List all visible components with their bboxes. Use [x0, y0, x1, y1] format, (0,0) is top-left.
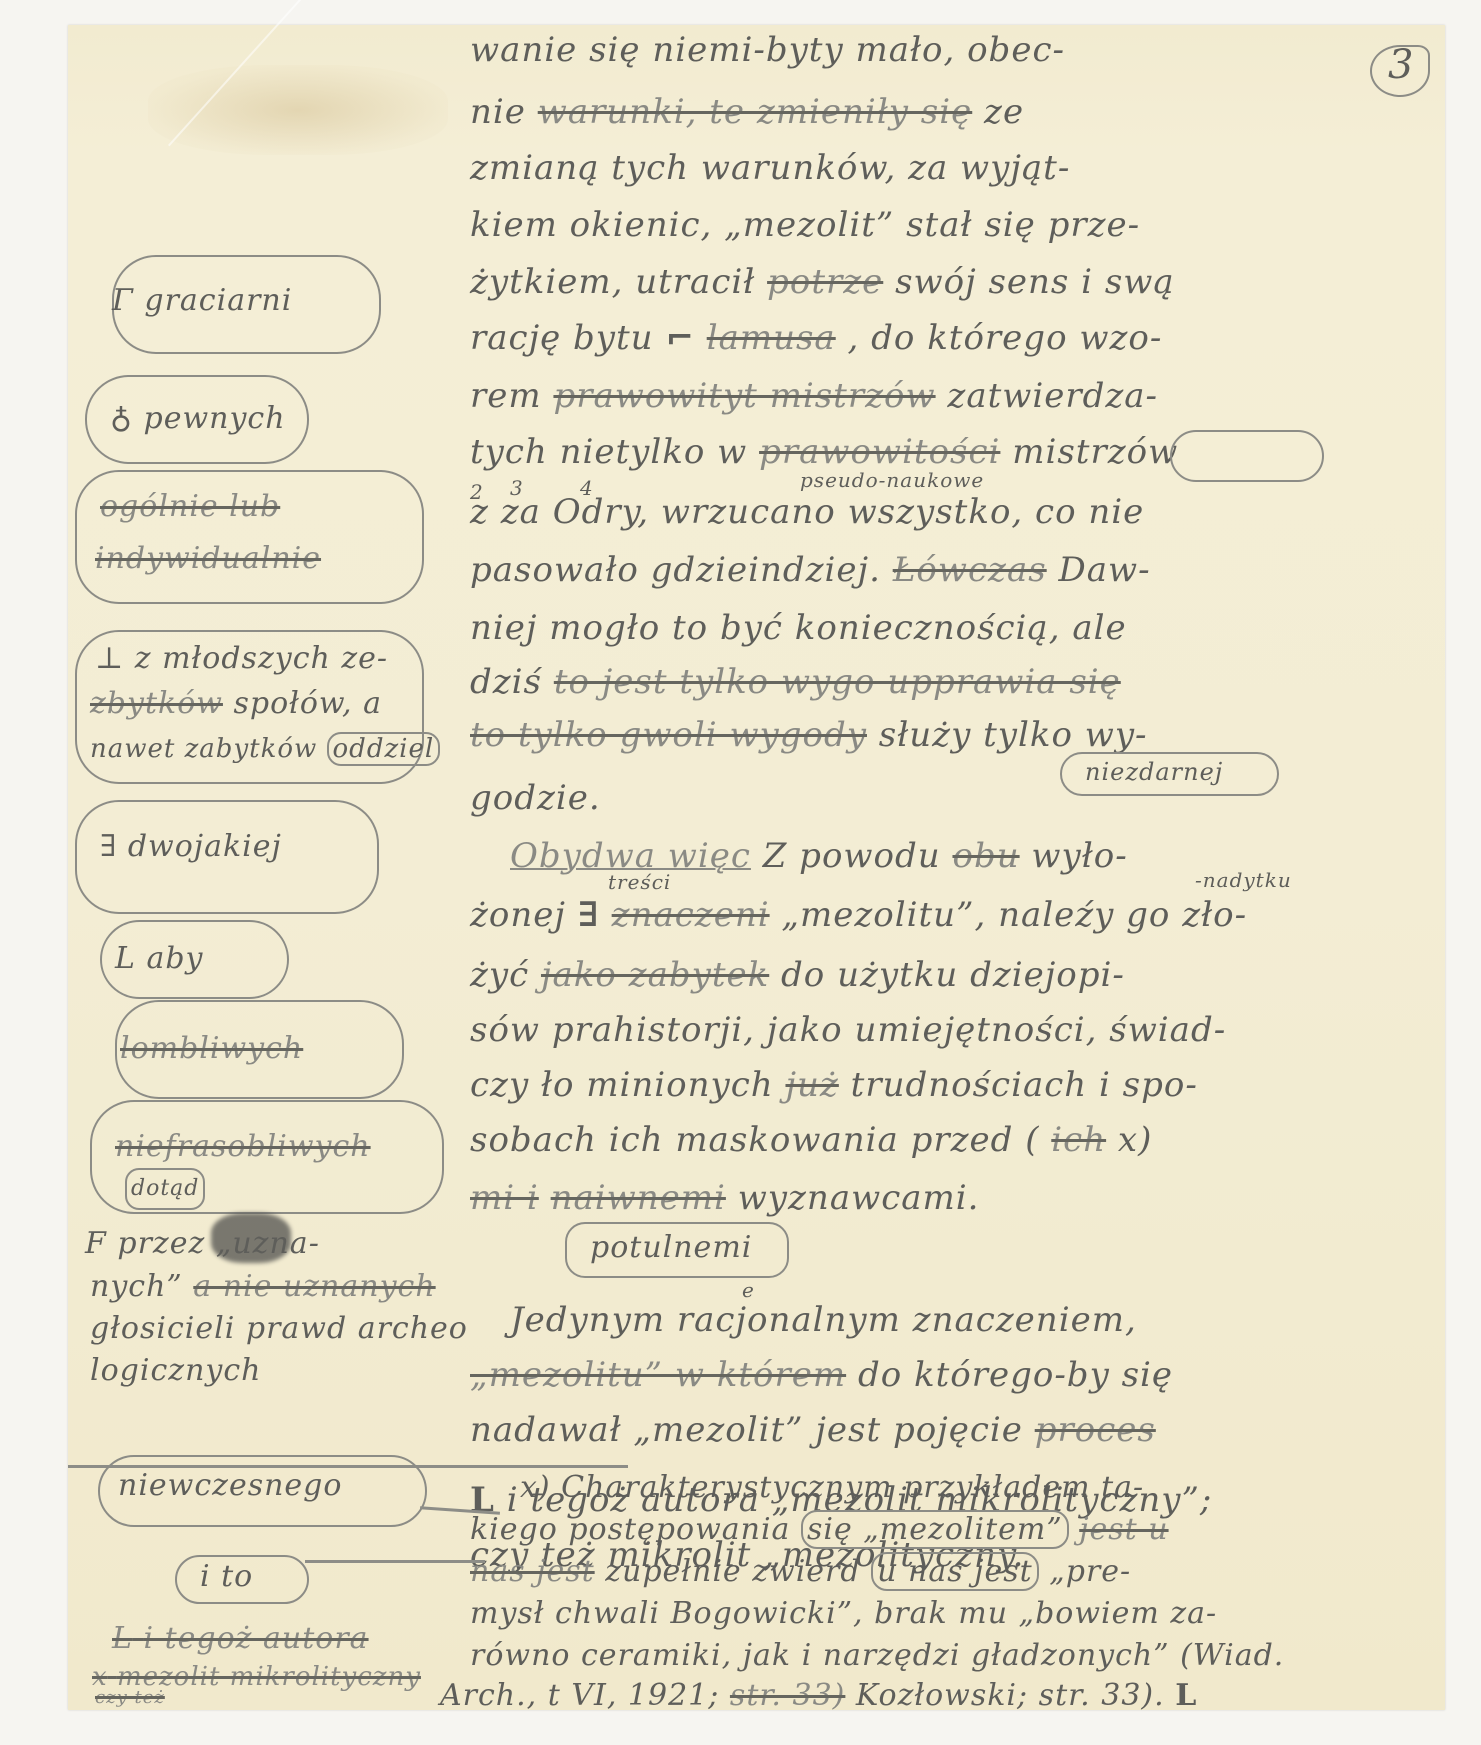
text-line: niej mogło to być koniecznością, ale — [470, 608, 1127, 648]
margin-note: ogólnie lub — [100, 488, 280, 526]
struck-segment: warunki, te zmieniły się — [538, 92, 973, 132]
text-segment: pasowało — [470, 550, 639, 590]
margin-note: nych” a nie uznanych — [90, 1268, 436, 1306]
text-segment: Z powodu — [763, 836, 941, 876]
insertion-mark: L — [115, 941, 136, 976]
text-line: nadawał „mezolit” jest pojęcie proces — [470, 1410, 1156, 1450]
text-line: nie warunki, te zmieniły się ze — [470, 92, 1024, 132]
text-segment: kiego postępowania — [470, 1512, 790, 1547]
footnote-line: kiego postępowania się „mezolitem” jest … — [470, 1512, 1169, 1548]
margin-note: zbytków społów, a — [90, 685, 382, 723]
text-line: czy ło minionych już trudnościach i spo- — [470, 1065, 1198, 1105]
text-line: rem prawowityt mistrzów zatwierdza- — [470, 376, 1158, 416]
text-line: Obydwa więc Z powodu obu wyło- — [510, 836, 1128, 876]
margin-note: F przez „uzna- — [85, 1225, 320, 1263]
text-segment: rem — [470, 376, 542, 416]
text-line: tych nietylko w prawowitości mistrzów — [470, 432, 1178, 472]
text-line: wanie się niemi-byty mało, obec- — [470, 30, 1065, 70]
margin-note: ♁ pewnych — [110, 400, 286, 438]
struck-segment: proces — [1035, 1410, 1156, 1450]
struck-segment: to tylko gwoli wygody — [470, 715, 867, 755]
text-segment: nadawał „mezolit” jest pojęcie — [470, 1410, 1023, 1450]
text-segment: nie — [470, 92, 526, 132]
margin-note: i to — [200, 1558, 253, 1596]
footnote-reference: x) — [1118, 1120, 1152, 1160]
margin-note: ⊥ z młodszych ze- — [95, 640, 388, 678]
insertion-mark: L — [1175, 1678, 1197, 1713]
text-segment: wyło- — [1031, 836, 1127, 876]
text-segment: wyznawcami. — [738, 1178, 980, 1218]
struck-segment: naiwnemi — [551, 1178, 726, 1218]
text-segment: zupełnie zwierd — [605, 1554, 860, 1589]
struck-segment: jest u — [1079, 1512, 1168, 1547]
interlinear-insertion: potulnemi — [590, 1228, 752, 1268]
circled-insertion — [1170, 430, 1324, 482]
text-segment: swój sens i swą — [895, 262, 1175, 302]
circled-insertion: się „mezolitem” — [801, 1510, 1069, 1549]
interlinear-insertion: pseudo-naukowe — [800, 468, 984, 492]
insertion-mark: ♁ — [110, 401, 133, 436]
text-segment: czy ło minionych — [470, 1065, 774, 1105]
margin-note-text: nych” — [90, 1269, 183, 1304]
margin-note-text: i tegoż autora — [143, 1621, 368, 1656]
text-line: to tylko gwoli wygody służy tylko wy- — [470, 715, 1148, 755]
struck-segment: to jest tylko wygo upprawia się — [554, 662, 1121, 702]
struck-segment: mi i — [470, 1178, 539, 1218]
insertion-mark: ∃ — [578, 895, 600, 935]
connector-line — [305, 1560, 485, 1563]
margin-note: nawet zabytków oddziel — [90, 730, 440, 768]
insertion-mark: ∃ — [100, 829, 117, 864]
text-line: z za Odry, wrzucano wszystko, co nie — [470, 492, 1144, 532]
text-segment: do użytku dziejopi- — [781, 955, 1125, 995]
text-segment: gdzieindziej. — [651, 550, 881, 590]
text-segment: „pre- — [1049, 1554, 1131, 1589]
text-segment: sobach ich maskowania przed ( — [470, 1120, 1039, 1160]
margin-note-text: dwojakiej — [128, 829, 282, 864]
margin-note-text: graciarni — [144, 283, 292, 318]
page-number: 3 — [1388, 42, 1414, 88]
margin-note: ∃ dwojakiej — [100, 828, 282, 866]
margin-note-text: aby — [146, 941, 203, 976]
circled-insertion: oddziel — [327, 732, 441, 766]
text-segment: Daw- — [1059, 550, 1151, 590]
text-line: kiem okienic, „mezolit” stał się prze- — [470, 205, 1140, 245]
text-line: pasowało gdzieindziej. Łówczas Daw- — [470, 550, 1151, 590]
circled-insertion: dotąd — [125, 1168, 205, 1210]
text-line: rację bytu ⌐ lamusa , do którego wzo- — [470, 318, 1162, 358]
text-segment: , do którego wzo- — [848, 318, 1163, 358]
margin-note: L aby — [115, 940, 204, 978]
paper-stain — [148, 65, 448, 155]
text-segment: żonej — [470, 895, 566, 935]
struck-segment: zbytków — [90, 686, 223, 721]
text-line: godzie. — [470, 778, 601, 818]
insertion-mark: L — [112, 1621, 133, 1656]
struck-segment: a nie uznanych — [193, 1269, 435, 1304]
text-line: dziś to jest tylko wygo upprawia się — [470, 662, 1121, 702]
struck-segment: obu — [952, 836, 1019, 876]
text-line: żyć jako zabytek do użytku dziejopi- — [470, 955, 1125, 995]
insertion-mark: ⌐ — [665, 318, 695, 358]
text-line: żytkiem, utracił potrze swój sens i swą — [470, 262, 1175, 302]
insertion-mark: ⊥ — [95, 641, 124, 676]
margin-note-text: pewnych — [143, 401, 285, 436]
margin-note-text: przez „uzna- — [117, 1226, 319, 1261]
struck-segment: prawowitości — [759, 432, 1000, 472]
struck-segment: już — [785, 1065, 838, 1105]
text-line: Jedynym racjonalnym znaczeniem, — [510, 1300, 1137, 1340]
struck-segment: jako zabytek — [541, 955, 769, 995]
margin-note: niefrasobliwych — [115, 1128, 371, 1166]
circled-insertion: u nas jest — [871, 1552, 1039, 1591]
text-segment: tych nietylko w — [470, 432, 747, 472]
margin-note: niewczesnego — [118, 1467, 342, 1505]
text-line: mi i naiwnemi wyznawcami. — [470, 1178, 979, 1218]
text-segment: żytkiem, utracił — [470, 262, 755, 302]
text-line: sobach ich maskowania przed ( ich x) — [470, 1120, 1152, 1160]
struck-segment: potrze — [767, 262, 883, 302]
text-segment: mistrzów — [1012, 432, 1178, 472]
text-segment: służy tylko wy- — [879, 715, 1148, 755]
text-line: żonej ∃ znaczeni „mezolitu”, naleźy go z… — [470, 895, 1247, 935]
text-line: „mezolitu” w którem do którego-by się — [470, 1355, 1173, 1395]
text-line: zmianą tych warunków, za wyjąt- — [470, 148, 1070, 188]
text-segment: ze — [984, 92, 1024, 132]
interlinear-insertion: treści — [608, 870, 671, 894]
margin-note-text: z młodszych ze- — [135, 641, 388, 676]
struck-segment: znaczeni — [612, 895, 770, 935]
text-segment: dziś — [470, 662, 542, 702]
text-segment: żyć — [470, 955, 529, 995]
footnote-line: mysł chwali Bogowicki”, brak mu „bowiem … — [470, 1596, 1217, 1632]
text-segment: zatwierdza- — [947, 376, 1158, 416]
footnote-line: x) Charakterystycznym przykładem ta- — [520, 1470, 1144, 1506]
struck-segment: „mezolitu” w którem — [470, 1355, 846, 1395]
margin-note: głosicieli prawd archeo — [90, 1310, 468, 1348]
footnote-line: Arch., t VI, 1921; str. 33) Kozłowski; s… — [440, 1678, 1197, 1714]
text-segment: do którego-by się — [858, 1355, 1173, 1395]
struck-segment: ich — [1051, 1120, 1106, 1160]
text-segment: Arch., t VI, 1921; — [440, 1678, 719, 1713]
margin-note-text: społów, a — [233, 686, 382, 721]
margin-note: L i tegoż autora — [112, 1620, 369, 1658]
struck-segment: prawowityt mistrzów — [553, 376, 935, 416]
text-segment: Kozłowski; str. 33). — [856, 1678, 1165, 1713]
margin-note-text: nawet zabytków — [90, 734, 317, 764]
struck-segment: str. 33) — [730, 1678, 845, 1713]
text-segment: „mezolitu”, naleźy go zło- — [781, 895, 1247, 935]
footnote-line: nas jest zupełnie zwierd u nas jest „pre… — [470, 1554, 1131, 1590]
text-segment: rację bytu — [470, 318, 654, 358]
struck-segment: nas jest — [470, 1554, 595, 1589]
margin-note: czy też — [95, 1688, 165, 1708]
margin-note: indywidualnie — [95, 540, 321, 578]
footnote-line: równo ceramiki, jak i narzędzi gładzonyc… — [470, 1638, 1284, 1674]
text-segment: trudnościach i spo- — [851, 1065, 1198, 1105]
margin-note: lombliwych — [120, 1030, 303, 1068]
insertion-mark: F — [85, 1226, 107, 1261]
interlinear-insertion: niezdarnej — [1085, 758, 1223, 786]
insertion-mark: Γ — [112, 283, 134, 318]
margin-note: Γ graciarni — [112, 282, 292, 320]
margin-note: logicznych — [90, 1352, 261, 1390]
struck-segment: Łówczas — [893, 550, 1047, 590]
struck-segment: lamusa — [707, 318, 836, 358]
text-line: sów prahistorji, jako umiejętności, świa… — [470, 1010, 1226, 1050]
interlinear-insertion: e — [742, 1278, 755, 1302]
interlinear-insertion: -nadytku — [1195, 868, 1292, 892]
